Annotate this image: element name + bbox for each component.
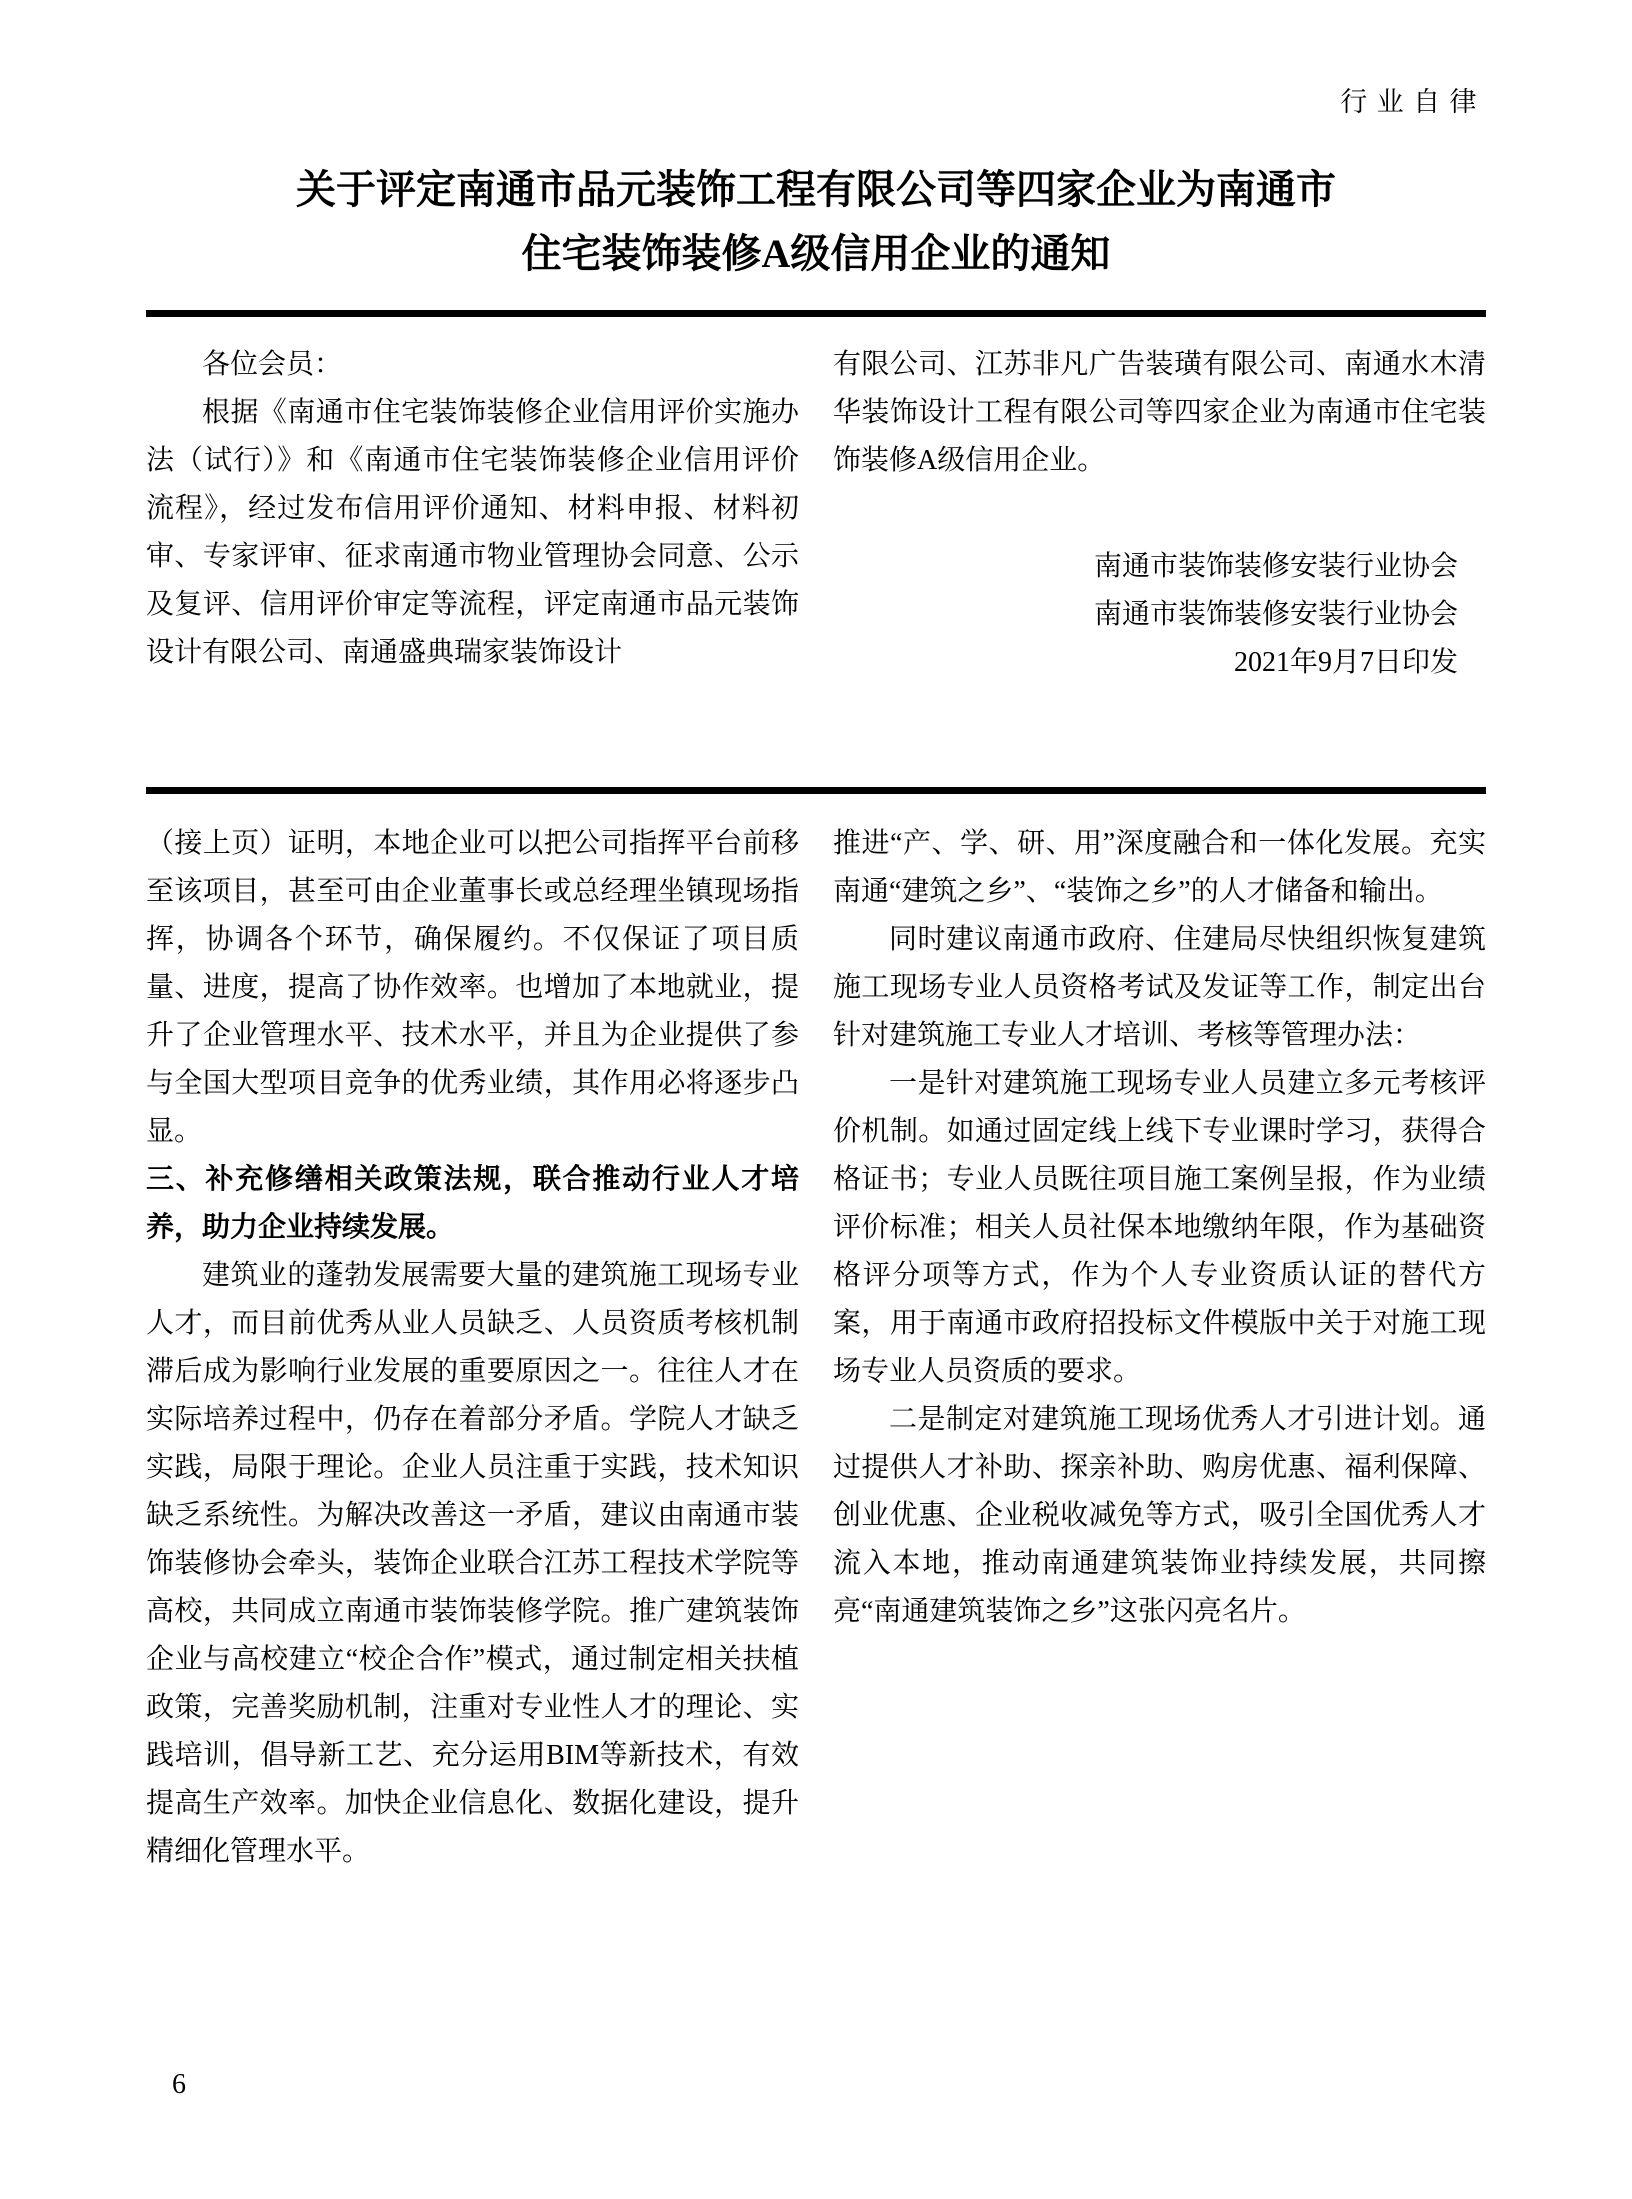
page-number: 6	[172, 2068, 186, 2102]
notice-title-line2: 住宅装饰装修A级信用企业的通知	[146, 222, 1486, 286]
notice-title: 关于评定南通市品元装饰工程有限公司等四家企业为南通市 住宅装饰装修A级信用企业的…	[146, 158, 1486, 286]
page-content: 行业自律 关于评定南通市品元装饰工程有限公司等四家企业为南通市 住宅装饰装修A级…	[146, 0, 1486, 1876]
notice-salutation: 各位会员：	[146, 341, 799, 389]
article-right-paragraph-4: 二是制定对建筑施工现场优秀人才引进计划。通过提供人才补助、探亲补助、购房优惠、福…	[833, 1396, 1486, 1636]
article-body: （接上页）证明，本地企业可以把公司指挥平台前移至该项目，甚至可由企业董事长或总经…	[146, 820, 1486, 1876]
section-category-label: 行业自律	[146, 0, 1486, 118]
section-divider-rule	[146, 787, 1486, 794]
article-right-column: 推进“产、学、研、用”深度融合和一体化发展。充实南通“建筑之乡”、“装饰之乡”的…	[833, 820, 1486, 1876]
article-left-column: （接上页）证明，本地企业可以把公司指挥平台前移至该项目，甚至可由企业董事长或总经…	[146, 820, 799, 1876]
article-continuation-paragraph: （接上页）证明，本地企业可以把公司指挥平台前移至该项目，甚至可由企业董事长或总经…	[146, 820, 799, 1156]
article-left-paragraph-2: 建筑业的蓬勃发展需要大量的建筑施工现场专业人才，而目前优秀从业人员缺乏、人员资质…	[146, 1252, 799, 1876]
notice-left-column: 各位会员： 根据《南通市住宅装饰装修企业信用评价实施办法（试行）》和《南通市住宅…	[146, 341, 799, 687]
article-right-paragraph-2: 同时建议南通市政府、住建局尽快组织恢复建筑施工现场专业人员资格考试及发证等工作，…	[833, 916, 1486, 1060]
article-right-paragraph-1: 推进“产、学、研、用”深度融合和一体化发展。充实南通“建筑之乡”、“装饰之乡”的…	[833, 820, 1486, 916]
signature-date: 2021年9月7日印发	[833, 639, 1458, 687]
notice-paragraph-left: 根据《南通市住宅装饰装修企业信用评价实施办法（试行）》和《南通市住宅装饰装修企业…	[146, 389, 799, 677]
article-right-paragraph-3: 一是针对建筑施工现场专业人员建立多元考核评价机制。如通过固定线上线下专业课时学习…	[833, 1060, 1486, 1396]
notice-paragraph-right: 有限公司、江苏非凡广告装璜有限公司、南通水木清华装饰设计工程有限公司等四家企业为…	[833, 341, 1486, 485]
signature-line-2: 南通市装饰装修安装行业协会	[833, 591, 1458, 639]
notice-body: 各位会员： 根据《南通市住宅装饰装修企业信用评价实施办法（试行）》和《南通市住宅…	[146, 341, 1486, 687]
notice-title-line1: 关于评定南通市品元装饰工程有限公司等四家企业为南通市	[146, 158, 1486, 222]
title-rule	[146, 310, 1486, 317]
journal-page: 行业自律 关于评定南通市品元装饰工程有限公司等四家企业为南通市 住宅装饰装修A级…	[0, 0, 1632, 2199]
signature-block: 南通市装饰装修安装行业协会 南通市装饰装修安装行业协会 2021年9月7日印发	[833, 543, 1486, 687]
signature-line-1: 南通市装饰装修安装行业协会	[833, 543, 1458, 591]
article-section-heading: 三、补充修缮相关政策法规，联合推动行业人才培养，助力企业持续发展。	[146, 1156, 799, 1252]
notice-right-column: 有限公司、江苏非凡广告装璜有限公司、南通水木清华装饰设计工程有限公司等四家企业为…	[833, 341, 1486, 687]
